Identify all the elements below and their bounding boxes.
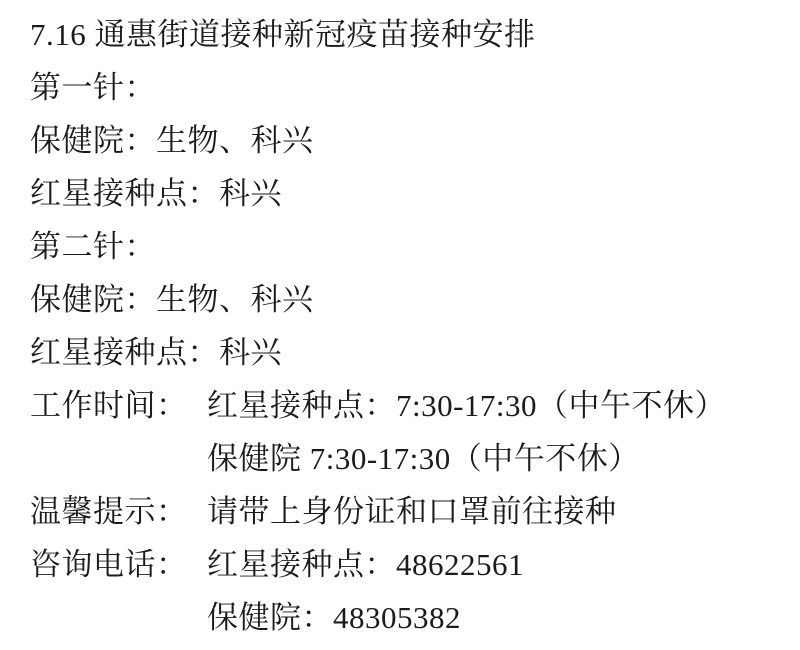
hotline-hongxing-phone: 红星接种点：48622561: [207, 538, 524, 591]
working-hours-label: 工作时间：: [30, 379, 207, 432]
hotline-row: 咨询电话： 红星接种点：48622561: [30, 538, 790, 591]
first-dose-health-center: 保健院：生物、科兴: [30, 114, 790, 167]
notice-photo: 7.16 通惠街道接种新冠疫苗接种安排 第一针： 保健院：生物、科兴 红星接种点…: [0, 0, 800, 650]
first-dose-hongxing-site: 红星接种点：科兴: [30, 167, 790, 220]
reminder-row: 温馨提示： 请带上身份证和口罩前往接种: [30, 485, 790, 538]
second-dose-health-center: 保健院：生物、科兴: [30, 273, 790, 326]
working-hours-row: 工作时间： 红星接种点：7:30-17:30（中午不休）: [30, 379, 790, 432]
hotline-label: 咨询电话：: [30, 538, 207, 591]
reminder-text: 请带上身份证和口罩前往接种: [207, 485, 617, 538]
second-dose-heading: 第二针：: [30, 220, 790, 273]
first-dose-heading: 第一针：: [30, 61, 790, 114]
notice-title: 7.16 通惠街道接种新冠疫苗接种安排: [30, 8, 790, 61]
working-hours-health-center: 保健院 7:30-17:30（中午不休）: [30, 432, 790, 485]
reminder-label: 温馨提示：: [30, 485, 207, 538]
vaccine-notice-sheet: 7.16 通惠街道接种新冠疫苗接种安排 第一针： 保健院：生物、科兴 红星接种点…: [0, 0, 800, 644]
second-dose-hongxing-site: 红星接种点：科兴: [30, 326, 790, 379]
hotline-health-center-phone: 保健院：48305382: [30, 591, 790, 644]
working-hours-hongxing: 红星接种点：7:30-17:30（中午不休）: [207, 379, 726, 432]
